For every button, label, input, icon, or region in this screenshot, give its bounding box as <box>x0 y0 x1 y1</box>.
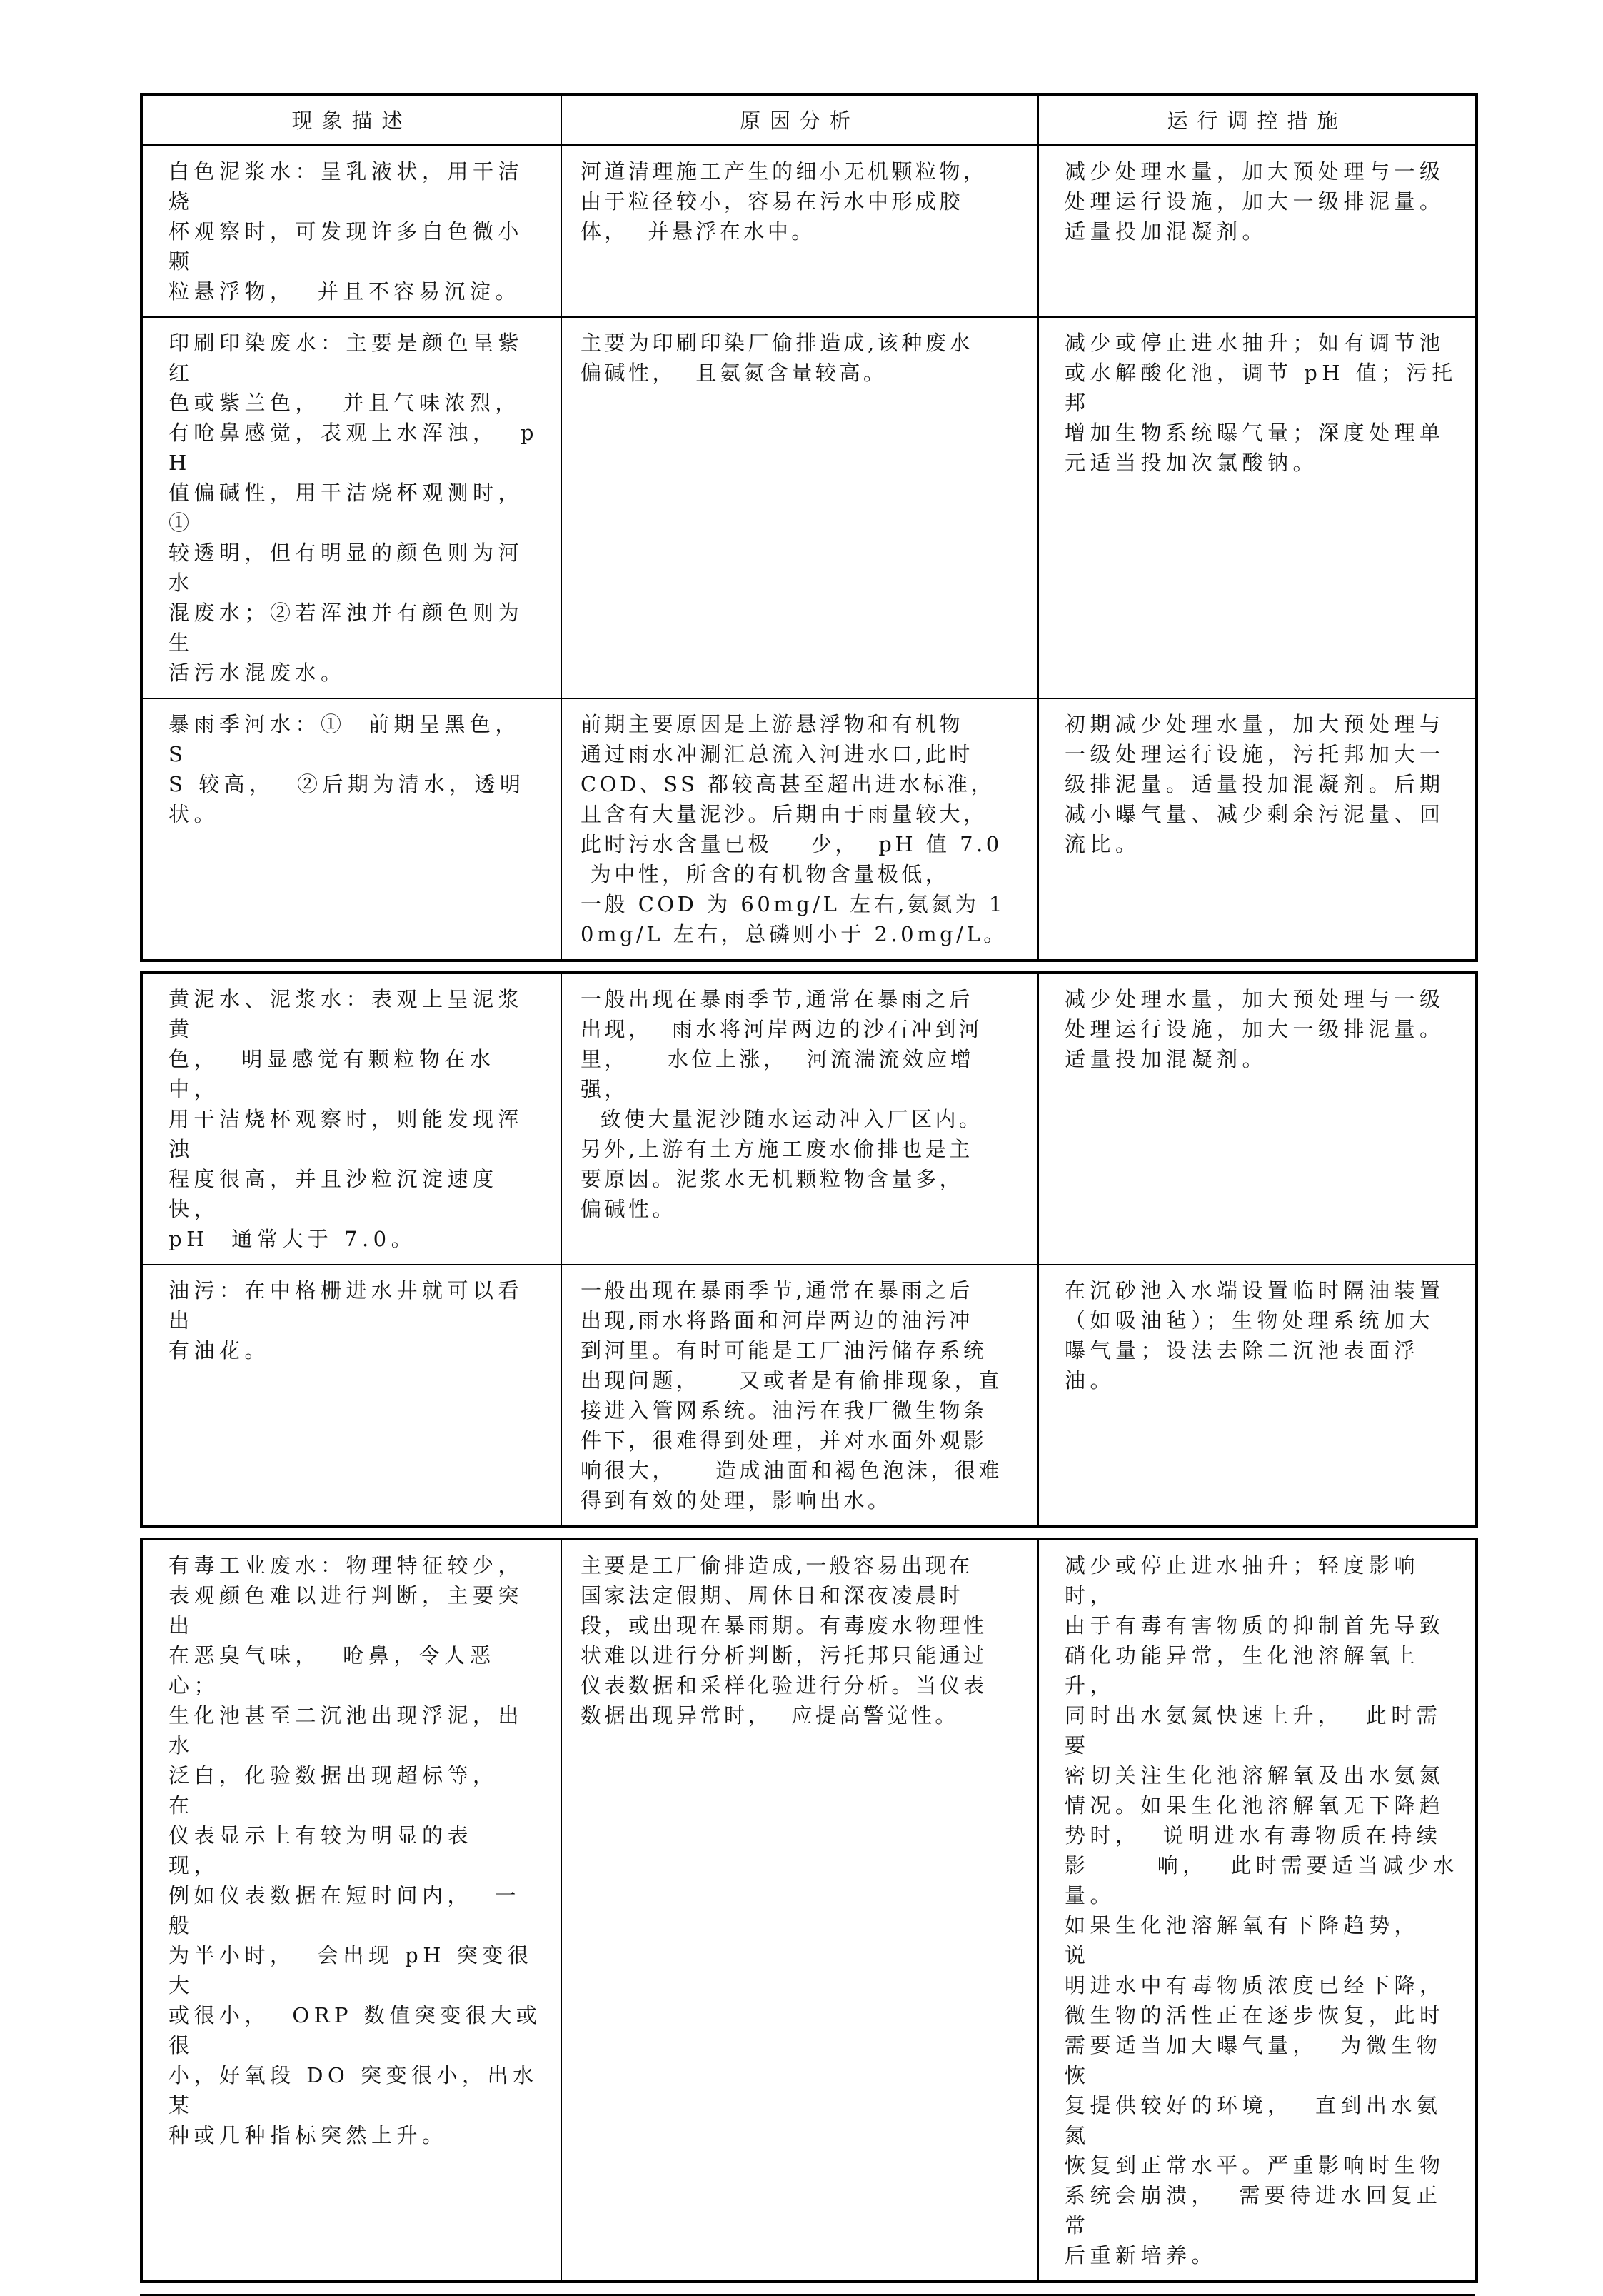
cell-cause: 河道清理施工产生的细小无机颗粒物， 由于粒径较小，容易在污水中形成胶 体， 并悬… <box>561 146 1038 318</box>
column-header-measures: 运行调控措施 <box>1038 94 1477 146</box>
cell-measures: 减少或停止进水抽升；如有调节池 或水解酸化池，调节 pH 值；污托邦 增加生物系… <box>1038 317 1477 698</box>
cell-measures: 减少处理水量，加大预处理与一级 处理运行设施，加大一级排泥量。 适量投加混凝剂。 <box>1038 146 1477 318</box>
table-segment-middle: 黄泥水、泥浆水：表观上呈泥浆黄 色， 明显感觉有颗粒物在水中， 用干洁烧杯观察时… <box>140 971 1478 1528</box>
column-header-phenomenon: 现象描述 <box>141 94 561 146</box>
cell-cause: 一般出现在暴雨季节,通常在暴雨之后 出现,雨水将路面和河岸两边的油污冲 到河里。… <box>561 1265 1038 1527</box>
cell-phenomenon: 暴雨季河水：① 前期呈黑色， S S 较高， ②后期为清水，透明状。 <box>141 698 561 961</box>
cell-phenomenon: 黄泥水、泥浆水：表观上呈泥浆黄 色， 明显感觉有颗粒物在水中， 用干洁烧杯观察时… <box>141 973 561 1265</box>
cell-phenomenon: 印刷印染废水：主要是颜色呈紫红 色或紫兰色， 并且气味浓烈， 有呛鼻感觉，表观上… <box>141 317 561 698</box>
cell-phenomenon: 油污：在中格栅进水井就可以看出 有油花。 <box>141 1265 561 1527</box>
table-row-rainy-season-river-water: 暴雨季河水：① 前期呈黑色， S S 较高， ②后期为清水，透明状。 前期主要原… <box>141 698 1477 961</box>
cell-measures: 在沉砂池入水端设置临时隔油装置 （如吸油毡）；生物处理系统加大 曝气量；设法去除… <box>1038 1265 1477 1527</box>
cell-phenomenon: 有毒工业废水：物理特征较少， 表观颜色难以进行判断，主要突出 在恶臭气味， 呛鼻… <box>141 1539 561 2282</box>
table-row-white-slurry-water: 白色泥浆水：呈乳液状，用干洁烧 杯观察时，可发现许多白色微小颗 粒悬浮物， 并且… <box>141 146 1477 318</box>
table-row-toxic-industrial-wastewater: 有毒工业废水：物理特征较少， 表观颜色难以进行判断，主要突出 在恶臭气味， 呛鼻… <box>141 1539 1477 2282</box>
table-row-yellow-mud-water: 黄泥水、泥浆水：表观上呈泥浆黄 色， 明显感觉有颗粒物在水中， 用干洁烧杯观察时… <box>141 973 1477 1265</box>
table-row-printing-dyeing-wastewater: 印刷印染废水：主要是颜色呈紫红 色或紫兰色， 并且气味浓烈， 有呛鼻感觉，表观上… <box>141 317 1477 698</box>
scanned-table-document: 现象描述 原因分析 运行调控措施 白色泥浆水：呈乳液状，用干洁烧 杯观察时，可发… <box>140 93 1475 2296</box>
table-row-oil-pollution: 油污：在中格栅进水井就可以看出 有油花。 一般出现在暴雨季节,通常在暴雨之后 出… <box>141 1265 1477 1527</box>
table-header-row: 现象描述 原因分析 运行调控措施 <box>141 94 1477 146</box>
cell-cause: 主要是工厂偷排造成,一般容易出现在 国家法定假期、周休日和深夜凌晨时 段，或出现… <box>561 1539 1038 2282</box>
table-segment-top: 现象描述 原因分析 运行调控措施 白色泥浆水：呈乳液状，用干洁烧 杯观察时，可发… <box>140 93 1478 962</box>
table-segment-bottom: 有毒工业废水：物理特征较少， 表观颜色难以进行判断，主要突出 在恶臭气味， 呛鼻… <box>140 1538 1478 2283</box>
cell-cause: 主要为印刷印染厂偷排造成,该种废水 偏碱性， 且氨氮含量较高。 <box>561 317 1038 698</box>
cell-cause: 前期主要原因是上游悬浮物和有机物 通过雨水冲涮汇总流入河进水口,此时 COD、S… <box>561 698 1038 961</box>
cell-cause: 一般出现在暴雨季节,通常在暴雨之后 出现， 雨水将河岸两边的沙石冲到河 里， 水… <box>561 973 1038 1265</box>
column-header-cause: 原因分析 <box>561 94 1038 146</box>
cell-measures: 初期减少处理水量，加大预处理与 一级处理运行设施，污托邦加大一 级排泥量。适量投… <box>1038 698 1477 961</box>
cell-measures: 减少处理水量，加大预处理与一级 处理运行设施，加大一级排泥量。 适量投加混凝剂。 <box>1038 973 1477 1265</box>
cell-phenomenon: 白色泥浆水：呈乳液状，用干洁烧 杯观察时，可发现许多白色微小颗 粒悬浮物， 并且… <box>141 146 561 318</box>
cell-measures: 减少或停止进水抽升；轻度影响时， 由于有毒有害物质的抑制首先导致 硝化功能异常，… <box>1038 1539 1477 2282</box>
